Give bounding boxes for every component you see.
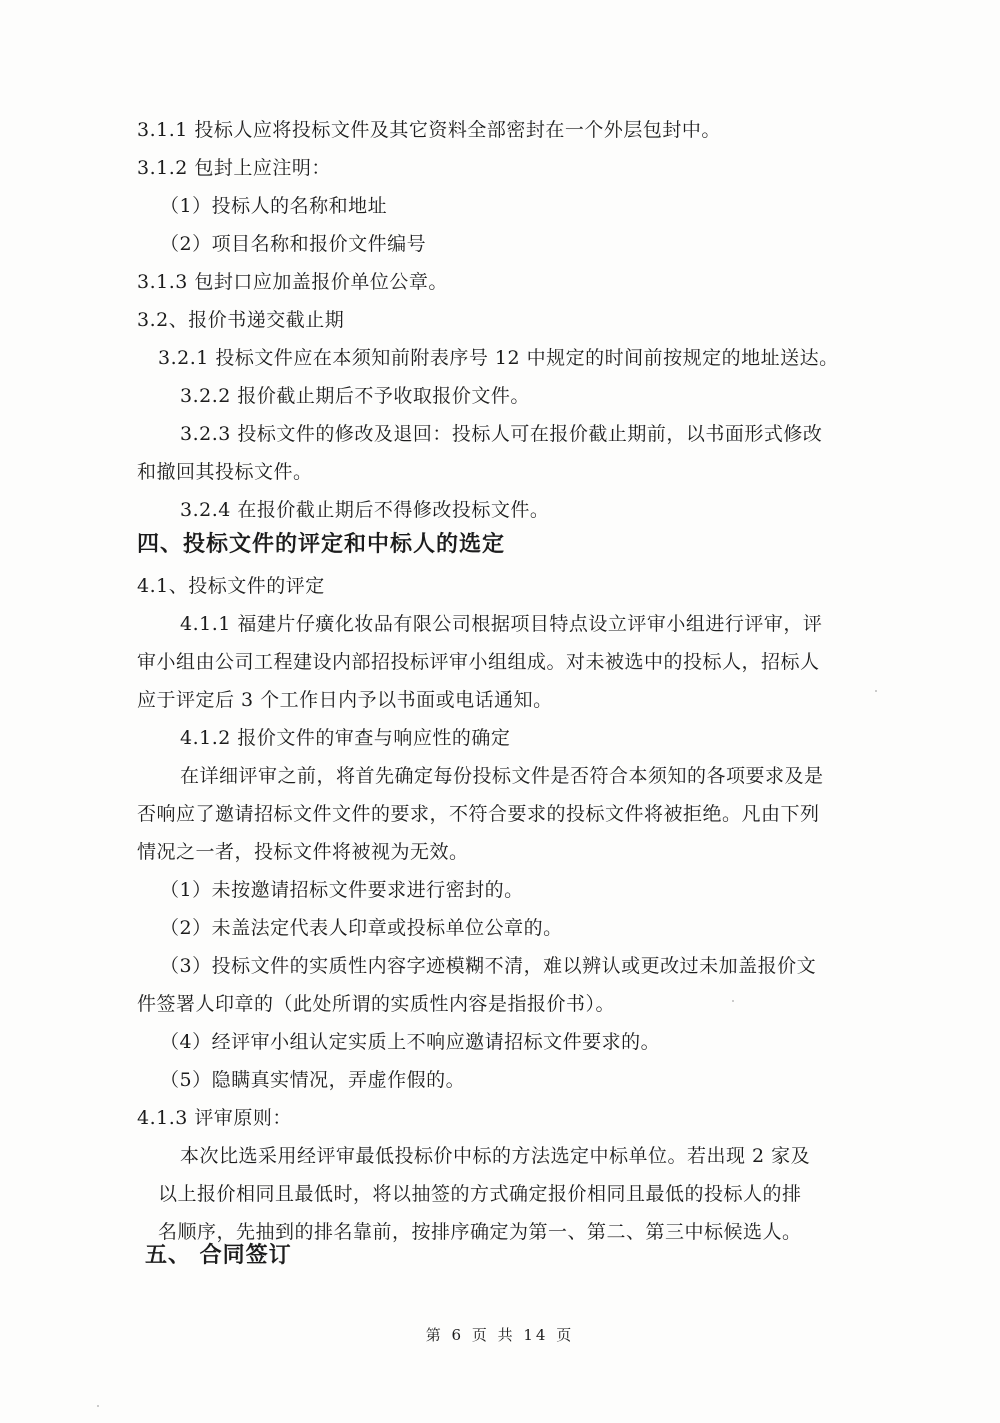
paragraph-line: （3）投标文件的实质性内容字迹模糊不清，难以辨认或更改过未加盖报价文 — [160, 953, 816, 979]
paragraph-line: 4.1.1 福建片仔癀化妆品有限公司根据项目特点设立评审小组进行评审，评 — [180, 611, 822, 637]
paragraph-line: 3.1.1 投标人应将投标文件及其它资料全部密封在一个外层包封中。 — [137, 117, 721, 143]
paragraph-line: 3.1.3 包封口应加盖报价单位公章。 — [137, 269, 448, 295]
paragraph-line: （1）投标人的名称和地址 — [160, 193, 387, 219]
paragraph-line: 3.2、报价书递交截止期 — [137, 307, 344, 333]
paragraph-line: 3.2.3 投标文件的修改及退回：投标人可在报价截止期前，以书面形式修改 — [180, 421, 822, 447]
scan-speck — [732, 1000, 734, 1002]
paragraph-line: 件签署人印章的（此处所谓的实质性内容是指报价书）。 — [137, 991, 615, 1017]
paragraph-line: （2）项目名称和报价文件编号 — [160, 231, 426, 257]
paragraph-line: （4）经评审小组认定实质上不响应邀请招标文件要求的。 — [160, 1029, 660, 1055]
scan-speck — [875, 690, 877, 692]
paragraph-line: 4.1.3 评审原则： — [137, 1105, 292, 1131]
section-4-heading: 四、投标文件的评定和中标人的选定 — [137, 532, 505, 558]
paragraph-line: （2）未盖法定代表人印章或投标单位公章的。 — [160, 915, 563, 941]
paragraph-line: 否响应了邀请招标文件文件的要求，不符合要求的投标文件将被拒绝。凡由下列 — [137, 801, 820, 827]
paragraph-line: 3.1.2 包封上应注明： — [137, 155, 331, 181]
paragraph-line: （1）未按邀请招标文件要求进行密封的。 — [160, 877, 524, 903]
paragraph-line: 情况之一者，投标文件将被视为无效。 — [137, 839, 469, 865]
paragraph-line: 4.1、投标文件的评定 — [137, 573, 325, 599]
paragraph-line: （5）隐瞒真实情况，弄虚作假的。 — [160, 1067, 465, 1093]
paragraph-line: 在详细评审之前，将首先确定每份投标文件是否符合本须知的各项要求及是 — [180, 763, 824, 789]
section-5-heading: 五、 合同签订 — [145, 1243, 292, 1269]
paragraph-line: 和撤回其投标文件。 — [137, 459, 313, 485]
paragraph-line: 3.2.2 报价截止期后不予收取报价文件。 — [180, 383, 530, 409]
paragraph-line: 以上报价相同且最低时，将以抽签的方式确定报价相同且最低的投标人的排 — [158, 1181, 802, 1207]
paragraph-line: 3.2.1 投标文件应在本须知前附表序号 12 中规定的时间前按规定的地址送达。 — [158, 345, 839, 371]
paragraph-line: 审小组由公司工程建设内部招投标评审小组组成。对未被选中的投标人，招标人 — [137, 649, 820, 675]
page-footer: 第 6 页 共 14 页 — [0, 1324, 1000, 1345]
paragraph-line: 3.2.4 在报价截止期后不得修改投标文件。 — [180, 497, 549, 523]
paragraph-line: 4.1.2 报价文件的审查与响应性的确定 — [180, 725, 510, 751]
paragraph-line: 应于评定后 3 个工作日内予以书面或电话通知。 — [137, 687, 553, 713]
paragraph-line: 名顺序，先抽到的排名靠前，按排序确定为第一、第二、第三中标候选人。 — [158, 1219, 802, 1245]
document-page: 3.1.1 投标人应将投标文件及其它资料全部密封在一个外层包封中。3.1.2 包… — [0, 0, 1000, 1423]
paragraph-line: 本次比选采用经评审最低投标价中标的方法选定中标单位。若出现 2 家及 — [180, 1143, 810, 1169]
scan-speck — [97, 1405, 99, 1407]
